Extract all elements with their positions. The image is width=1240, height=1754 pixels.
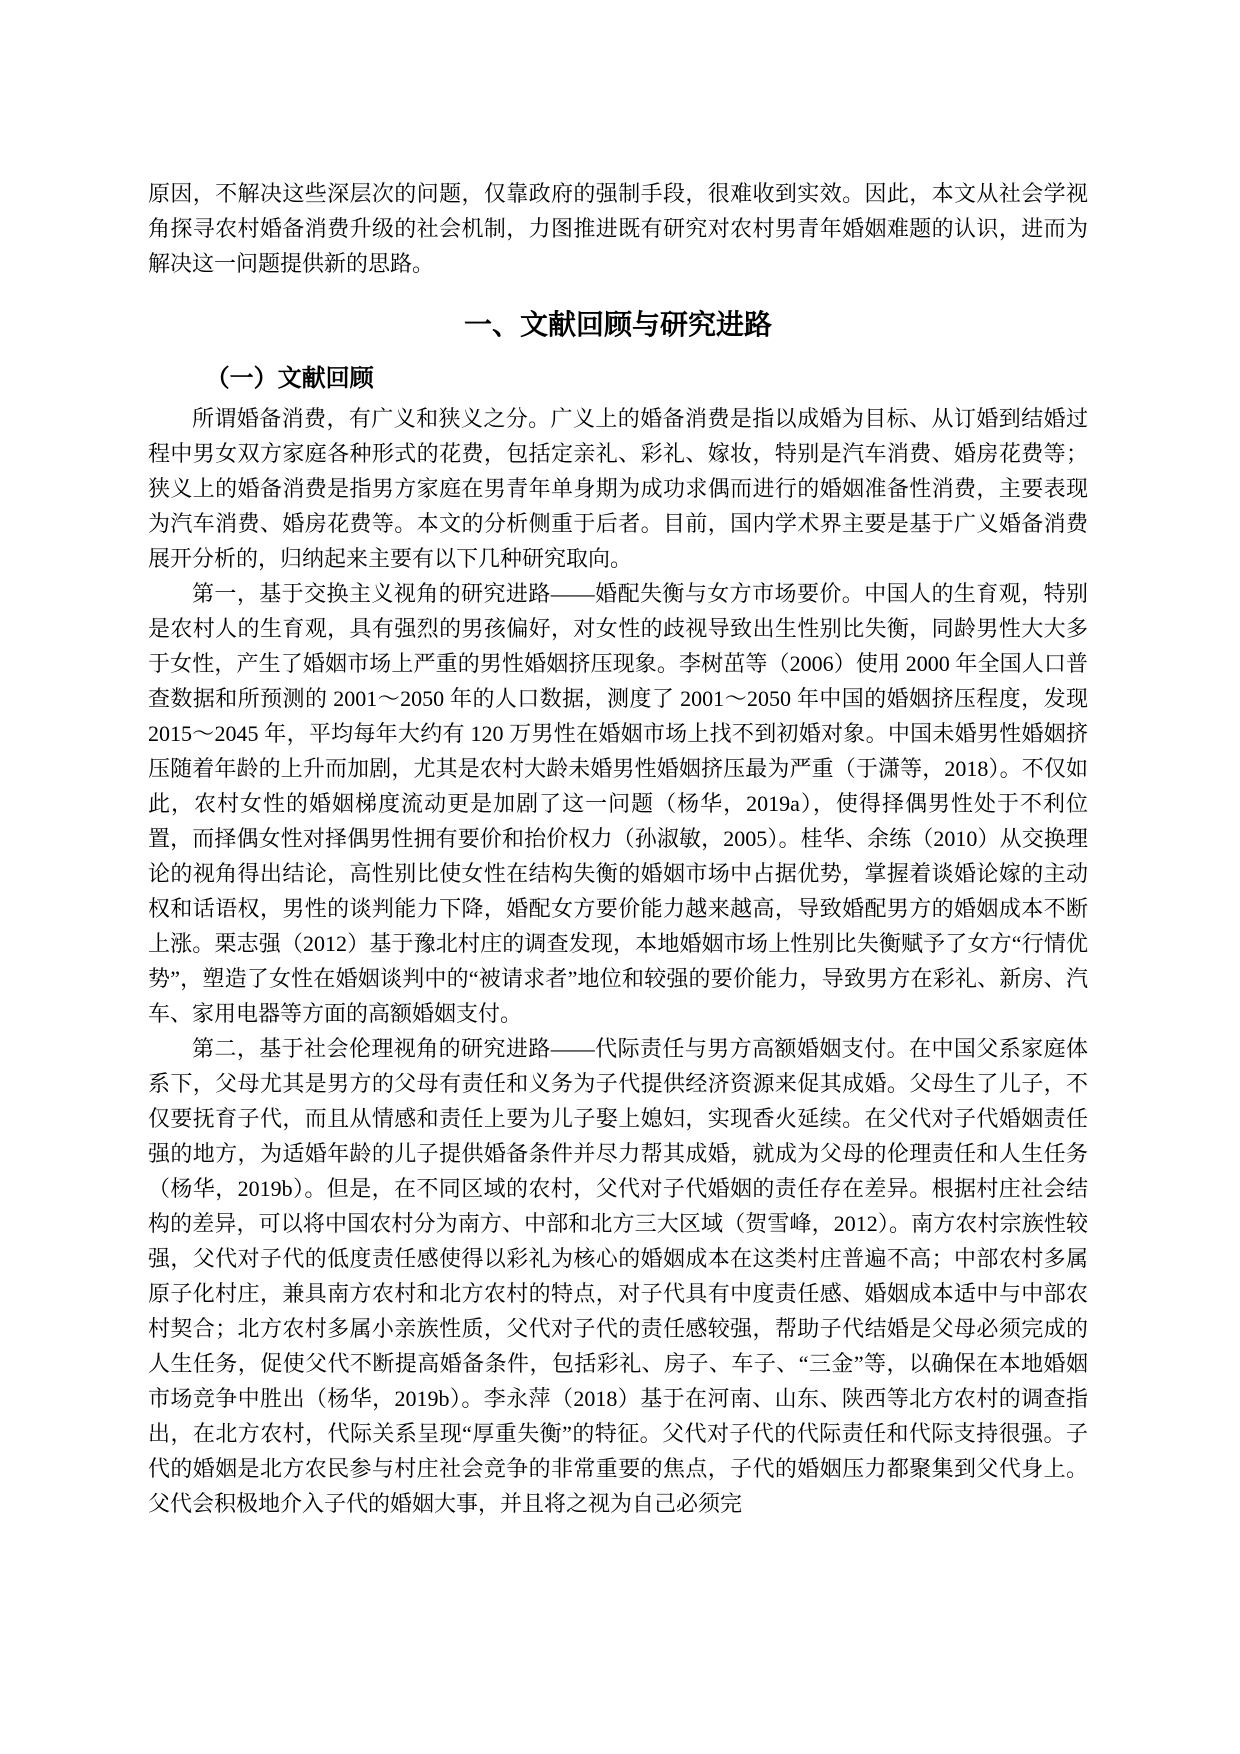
paragraph-first-approach: 第一，基于交换主义视角的研究进路——婚配失衡与女方市场要价。中国人的生育观，特别…	[148, 576, 1088, 1031]
paragraph-definition: 所谓婚备消费，有广义和狭义之分。广义上的婚备消费是指以成婚为目标、从订婚到结婚过…	[148, 401, 1088, 576]
subsection-heading: （一）文献回顾	[148, 361, 1088, 397]
paragraph-continuation: 原因，不解决这些深层次的问题，仅靠政府的强制手段，很难收到实效。因此，本文从社会…	[148, 176, 1088, 281]
paragraph-second-approach: 第二，基于社会伦理视角的研究进路——代际责任与男方高额婚姻支付。在中国父系家庭体…	[148, 1031, 1088, 1521]
document-page: 原因，不解决这些深层次的问题，仅靠政府的强制手段，很难收到实效。因此，本文从社会…	[0, 0, 1240, 1754]
section-heading: 一、文献回顾与研究进路	[148, 303, 1088, 347]
